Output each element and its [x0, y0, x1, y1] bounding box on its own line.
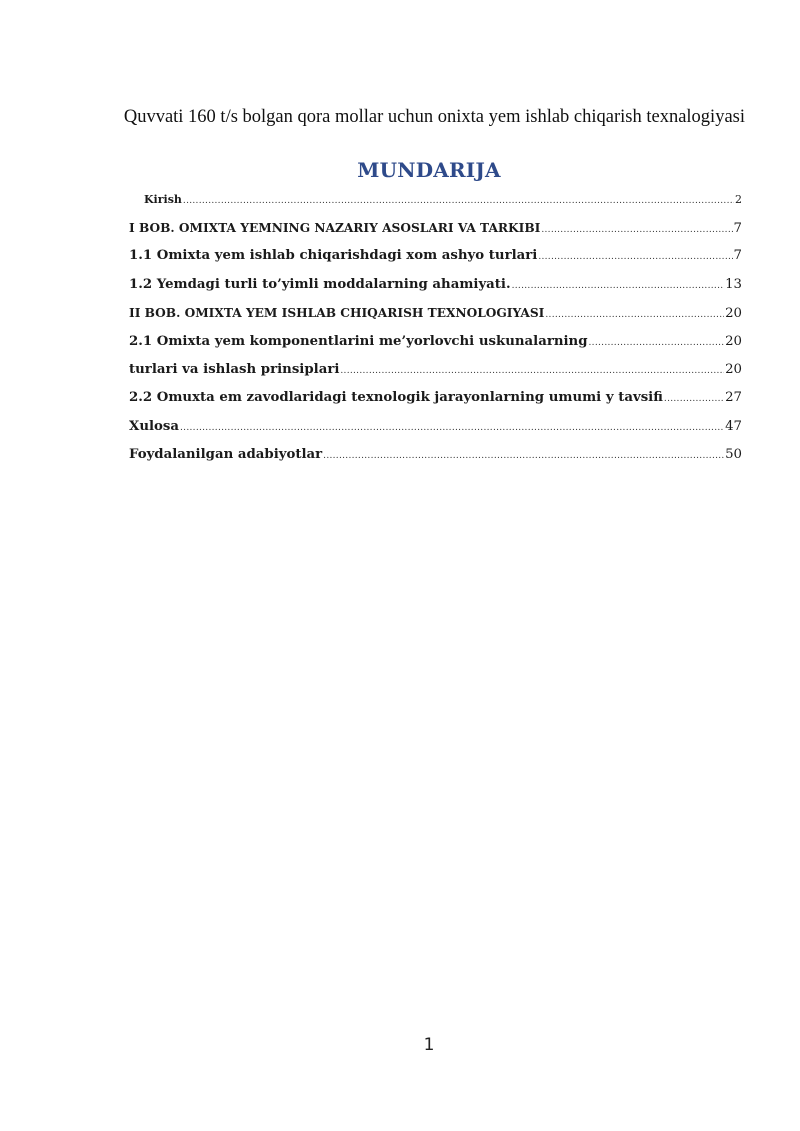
toc-entry-label: Kirish: [144, 186, 182, 214]
toc-entry-page: 13: [725, 271, 742, 299]
toc-entry-page: 50: [725, 441, 742, 469]
toc-entry-page: 20: [725, 300, 742, 328]
toc-dot-leader: [323, 442, 724, 470]
toc-entry-label: Xulosa: [129, 413, 179, 441]
toc-entry-label: I BOB. OMIXTA YEMNING NAZARIY ASOSLARI V…: [129, 214, 540, 242]
document-page: Quvvati 160 t/s bolgan qora mollar uchun…: [0, 0, 800, 1131]
toc-dot-leader: [664, 385, 724, 413]
toc-entry-page: 2: [735, 186, 742, 214]
toc-entry-label: Foydalanilgan adabiyotlar: [129, 441, 322, 469]
table-of-contents: Kirish 2 I BOB. OMIXTA YEMNING NAZARIY A…: [129, 186, 742, 470]
page-number: 1: [0, 1035, 800, 1055]
toc-entry-section-2-1[interactable]: 2.1 Omixta yem komponentlarini me’yorlov…: [129, 328, 742, 356]
toc-entry-section-1-2[interactable]: 1.2 Yemdagi turli to’yimli moddalarning …: [129, 271, 742, 299]
toc-entry-page: 27: [725, 384, 742, 412]
toc-entry-page: 7: [734, 242, 742, 270]
toc-entry-chapter-1[interactable]: I BOB. OMIXTA YEMNING NAZARIY ASOSLARI V…: [129, 214, 742, 242]
toc-dot-leader: [589, 329, 725, 357]
toc-entry-label: 1.2 Yemdagi turli to’yimli moddalarning …: [129, 271, 511, 299]
toc-dot-leader: [545, 301, 724, 329]
toc-entry-page: 7: [734, 215, 742, 243]
document-title: Quvvati 160 t/s bolgan qora mollar uchun…: [100, 107, 745, 128]
toc-dot-leader: [538, 243, 732, 271]
toc-entry-section-1-1[interactable]: 1.1 Omixta yem ishlab chiqarishdagi xom …: [129, 242, 742, 270]
toc-heading: MUNDARIJA: [0, 158, 800, 182]
toc-dot-leader: [340, 357, 724, 385]
toc-entry-label: 2.2 Omuxta em zavodlaridagi texnologik j…: [129, 384, 663, 412]
toc-dot-leader: [541, 216, 732, 244]
toc-entry-label: turlari va ishlash prinsiplari: [129, 356, 339, 384]
toc-dot-leader: [183, 187, 734, 215]
toc-entry-label: 1.1 Omixta yem ishlab chiqarishdagi xom …: [129, 242, 537, 270]
toc-entry-page: 20: [725, 328, 742, 356]
toc-entry-label: 2.1 Omixta yem komponentlarini me’yorlov…: [129, 328, 588, 356]
toc-entry-page: 20: [725, 356, 742, 384]
toc-entry-kirish[interactable]: Kirish 2: [129, 186, 742, 214]
toc-entry-page: 47: [725, 413, 742, 441]
toc-dot-leader: [512, 272, 724, 300]
toc-entry-label: II BOB. OMIXTA YEM ISHLAB CHIQARISH TEXN…: [129, 299, 544, 327]
toc-entry-references[interactable]: Foydalanilgan adabiyotlar 50: [129, 441, 742, 469]
toc-entry-section-2-1-cont[interactable]: turlari va ishlash prinsiplari 20: [129, 356, 742, 384]
toc-entry-xulosa[interactable]: Xulosa 47: [129, 413, 742, 441]
toc-dot-leader: [180, 414, 724, 442]
toc-entry-section-2-2[interactable]: 2.2 Omuxta em zavodlaridagi texnologik j…: [129, 384, 742, 412]
toc-entry-chapter-2[interactable]: II BOB. OMIXTA YEM ISHLAB CHIQARISH TEXN…: [129, 299, 742, 327]
